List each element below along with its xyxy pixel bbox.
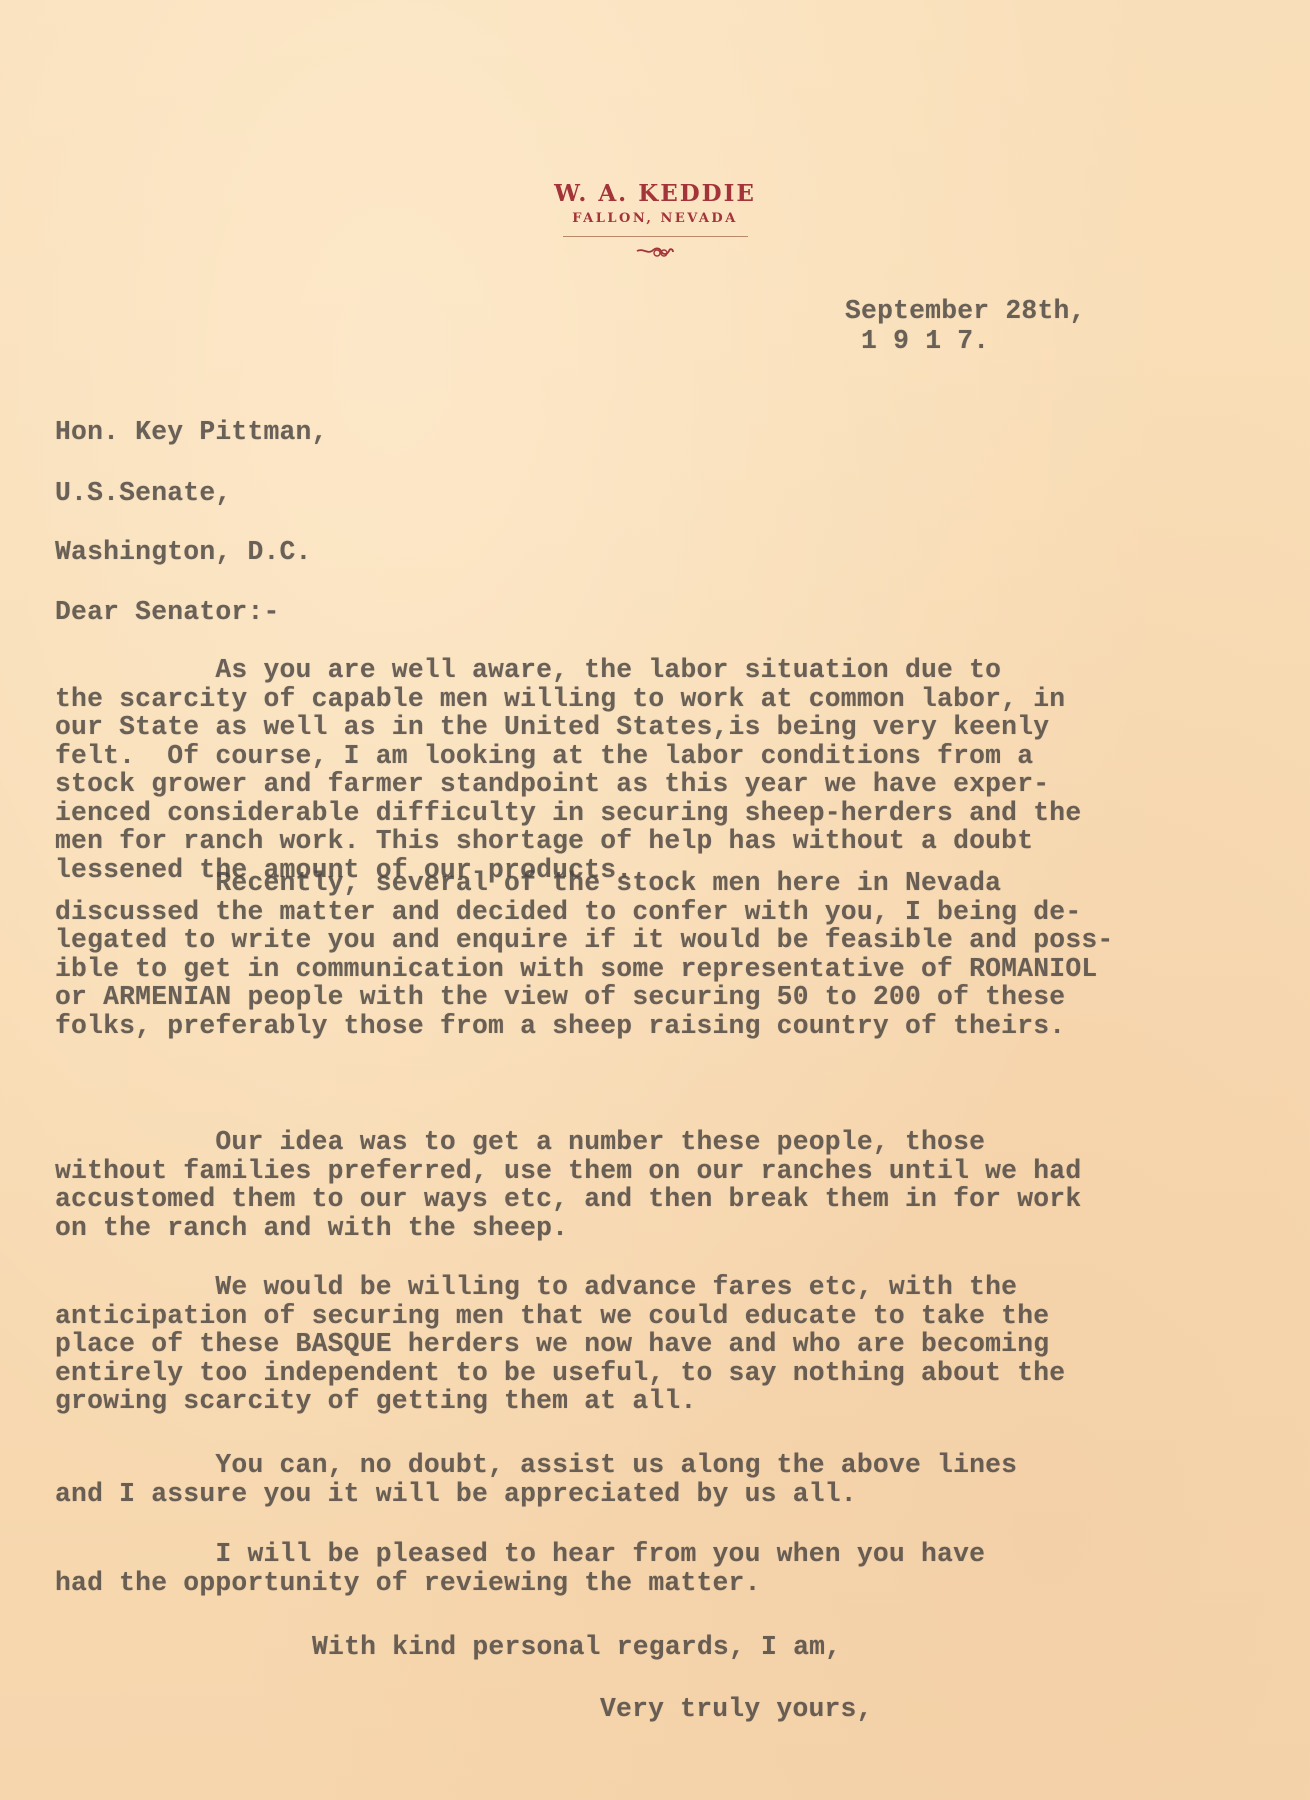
closing-line: With kind personal regards, I am, — [312, 1632, 841, 1662]
letterhead-name: W. A. KEDDIE — [0, 180, 1310, 207]
flourish-ornament-icon — [635, 245, 675, 259]
body-paragraph-1: As you are well aware, the labor situati… — [55, 656, 1081, 884]
letter-page: W. A. KEDDIE FALLON, NEVADA September 28… — [0, 0, 1310, 1800]
letterhead-divider — [563, 236, 748, 237]
recipient-city: Washington, D.C. — [55, 537, 312, 567]
body-paragraph-2: Recently, several of the stock men here … — [55, 869, 1113, 1040]
date-line-2: 1 9 1 7. — [861, 326, 989, 356]
recipient-name: Hon. Key Pittman, — [55, 417, 328, 447]
recipient-office: U.S.Senate, — [55, 478, 231, 508]
letter-date: September 28th, 1 9 1 7. — [845, 296, 1086, 356]
letterhead: W. A. KEDDIE FALLON, NEVADA — [0, 180, 1310, 259]
body-paragraph-3: Our idea was to get a number these peopl… — [55, 1128, 1081, 1242]
body-paragraph-4: We would be willing to advance fares etc… — [55, 1273, 1065, 1416]
body-paragraph-6: I will be pleased to hear from you when … — [55, 1540, 985, 1597]
body-paragraph-5: You can, no doubt, assist us along the a… — [55, 1451, 1017, 1508]
salutation: Dear Senator:- — [55, 597, 280, 627]
date-line-1: September 28th, — [845, 296, 1086, 326]
letterhead-place: FALLON, NEVADA — [0, 211, 1310, 226]
signoff: Very truly yours, — [600, 1694, 873, 1724]
